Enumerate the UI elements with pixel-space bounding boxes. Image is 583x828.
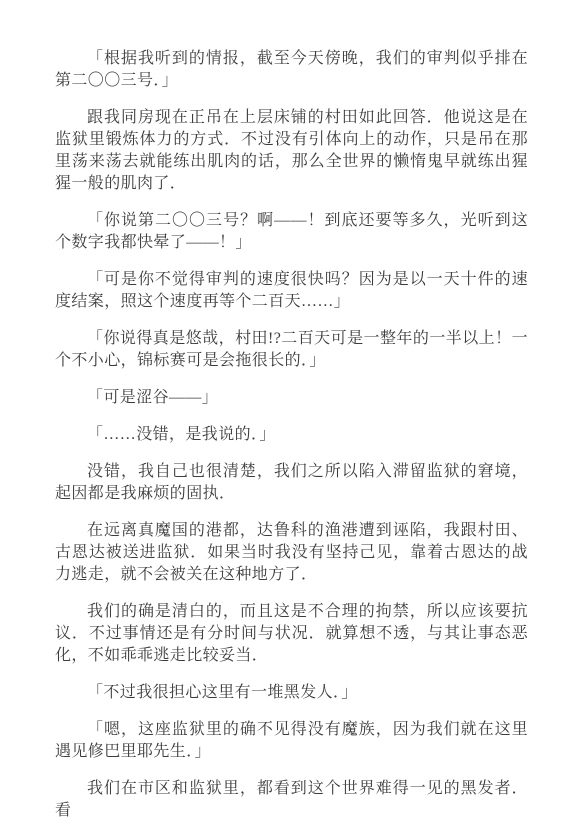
paragraph-dialogue-8: 「嗯，这座监狱里的确不见得没有魔族，因为我们就在这里遇见修巴里耶先生．」 (55, 719, 528, 763)
paragraph-dialogue-5: 「可是涩谷——」 (55, 387, 528, 409)
paragraph-narrative-1: 跟我同房现在正吊在上层床铺的村田如此回答．他说这是在监狱里锻炼体力的方式．不过没… (55, 107, 528, 195)
paragraph-narrative-2: 没错，我自己也很清楚，我们之所以陷入滞留监狱的窘境，起因都是我麻烦的固执． (55, 461, 528, 505)
paragraph-dialogue-4: 「你说得真是悠哉，村田!?二百天可是一整年的一半以上！一个不小心，锦标赛可是会拖… (55, 328, 528, 372)
paragraph-narrative-4: 我们的确是清白的，而且这是不合理的拘禁，所以应该要抗议．不过事情还是有分时间与状… (55, 601, 528, 667)
paragraph-narrative-3: 在远离真魔国的港都，达鲁科的渔港遭到诬陷，我跟村田、古恩达被送进监狱．如果当时我… (55, 520, 528, 586)
paragraph-dialogue-3: 「可是你不觉得审判的速度很快吗？因为是以一天十件的速度结案，照这个速度再等个二百… (55, 269, 528, 313)
paragraph-dialogue-7: 「不过我很担心这里有一堆黑发人．」 (55, 682, 528, 704)
paragraph-narrative-5: 我们在市区和监狱里，都看到这个世界难得一见的黑发者．看 (55, 778, 528, 822)
paragraph-dialogue-6: 「……没错，是我说的．」 (55, 424, 528, 446)
paragraph-dialogue-1: 「根据我听到的情报，截至今天傍晚，我们的审判似乎排在第二〇〇三号．」 (55, 48, 528, 92)
book-page: 「根据我听到的情报，截至今天傍晚，我们的审判似乎排在第二〇〇三号．」 跟我同房现… (0, 0, 583, 828)
paragraph-dialogue-2: 「你说第二〇〇三号？啊——！到底还要等多久，光听到这个数字我都快晕了——！」 (55, 210, 528, 254)
